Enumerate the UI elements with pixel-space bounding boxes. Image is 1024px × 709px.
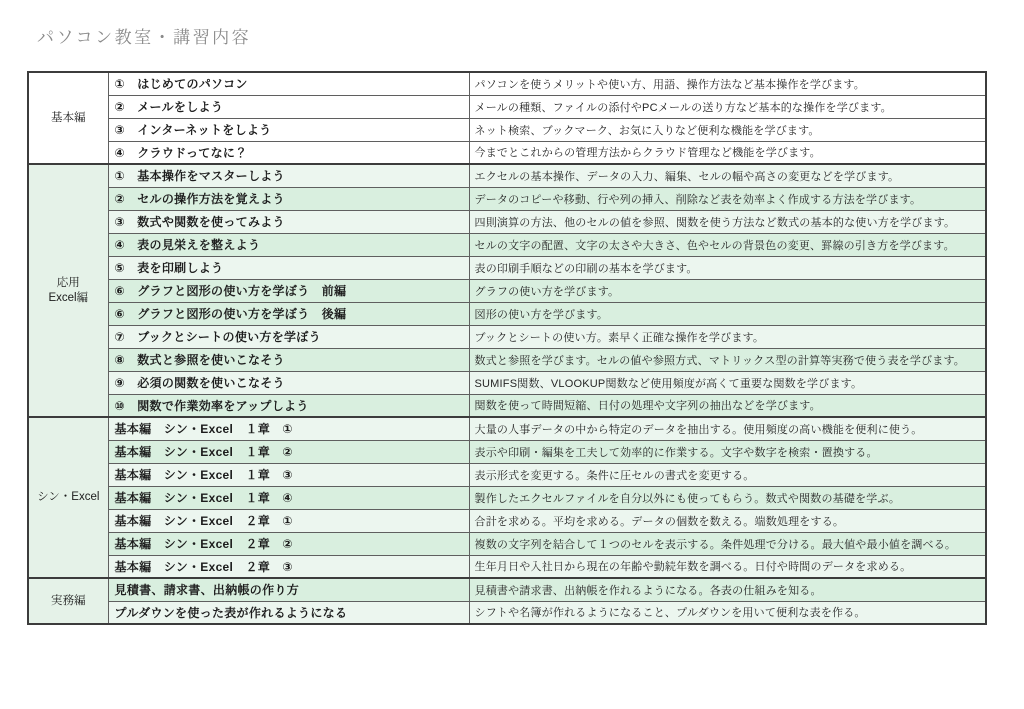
lesson-desc-cell: 関数を使って時間短縮、日付の処理や文字列の抽出などを学びます。 [469, 394, 986, 417]
lesson-title-cell: ③ インターネットをしよう [108, 118, 469, 141]
lesson-desc-cell: 製作したエクセルファイルを自分以外にも使ってもらう。数式や関数の基礎を学ぶ。 [469, 486, 986, 509]
lesson-title-cell: ① 基本操作をマスターしよう [108, 164, 469, 187]
lesson-title-cell: 見積書、請求書、出納帳の作り方 [108, 578, 469, 601]
lesson-desc-cell: 生年月日や入社日から現在の年齢や勤続年数を調べる。日付や時間のデータを求める。 [469, 555, 986, 578]
lesson-desc-cell: セルの文字の配置、文字の太さや大きさ、色やセルの背景色の変更、罫線の引き方を学び… [469, 233, 986, 256]
table-row: 基本編 シン・Excel ２章 ③生年月日や入社日から現在の年齢や勤続年数を調べ… [28, 555, 986, 578]
lesson-desc-cell: 数式と参照を学びます。セルの値や参照方式、マトリックス型の計算等実務で使う表を学… [469, 348, 986, 371]
table-row: ③ インターネットをしようネット検索、ブックマーク、お気に入りなど便利な機能を学… [28, 118, 986, 141]
lesson-title-cell: 基本編 シン・Excel ２章 ① [108, 509, 469, 532]
lesson-desc-cell: ネット検索、ブックマーク、お気に入りなど便利な機能を学びます。 [469, 118, 986, 141]
lesson-title-cell: ⑥ グラフと図形の使い方を学ぼう 後編 [108, 302, 469, 325]
lesson-desc-cell: シフトや名簿が作れるようになること、プルダウンを用いて便利な表を作る。 [469, 601, 986, 624]
lesson-desc-cell: グラフの使い方を学びます。 [469, 279, 986, 302]
table-row: ④ クラウドってなに？今までとこれからの管理方法からクラウド管理など機能を学びま… [28, 141, 986, 164]
page-title: パソコン教室・講習内容 [37, 23, 251, 48]
table-row: 基本編 シン・Excel １章 ③表示形式を変更する。条件に圧セルの書式を変更す… [28, 463, 986, 486]
lesson-desc-cell: 表の印刷手順などの印刷の基本を学びます。 [469, 256, 986, 279]
lesson-title-cell: ⑨ 必須の関数を使いこなそう [108, 371, 469, 394]
table-row: ③ 数式や関数を使ってみよう四則演算の方法、他のセルの値を参照、関数を使う方法な… [28, 210, 986, 233]
lesson-title-cell: プルダウンを使った表が作れるようになる [108, 601, 469, 624]
lesson-desc-cell: パソコンを使うメリットや使い方、用語、操作方法など基本操作を学びます。 [469, 72, 986, 95]
table-row: 基本編 シン・Excel １章 ②表示や印刷・編集を工夫して効率的に作業する。文… [28, 440, 986, 463]
lesson-title-cell: ② メールをしよう [108, 95, 469, 118]
lesson-title-cell: 基本編 シン・Excel １章 ④ [108, 486, 469, 509]
table-row: 基本編 シン・Excel ２章 ②複数の文字列を結合して１つのセルを表示する。条… [28, 532, 986, 555]
table-row: 基本編① はじめてのパソコンパソコンを使うメリットや使い方、用語、操作方法など基… [28, 72, 986, 95]
lesson-desc-cell: 今までとこれからの管理方法からクラウド管理など機能を学びます。 [469, 141, 986, 164]
lesson-desc-cell: 四則演算の方法、他のセルの値を参照、関数を使う方法など数式の基本的な使い方を学び… [469, 210, 986, 233]
table-row: プルダウンを使った表が作れるようになるシフトや名簿が作れるようになること、プルダ… [28, 601, 986, 624]
course-table-body: 基本編① はじめてのパソコンパソコンを使うメリットや使い方、用語、操作方法など基… [28, 72, 986, 624]
lesson-desc-cell: メールの種類、ファイルの添付やPCメールの送り方など基本的な操作を学びます。 [469, 95, 986, 118]
table-row: ⑦ ブックとシートの使い方を学ぼうブックとシートの使い方。素早く正確な操作を学び… [28, 325, 986, 348]
table-row: ④ 表の見栄えを整えようセルの文字の配置、文字の太さや大きさ、色やセルの背景色の… [28, 233, 986, 256]
lesson-title-cell: ⑤ 表を印刷しよう [108, 256, 469, 279]
table-row: ⑧ 数式と参照を使いこなそう数式と参照を学びます。セルの値や参照方式、マトリック… [28, 348, 986, 371]
lesson-title-cell: ④ クラウドってなに？ [108, 141, 469, 164]
lesson-title-cell: ③ 数式や関数を使ってみよう [108, 210, 469, 233]
table-row: シン・Excel基本編 シン・Excel １章 ①大量の人事データの中から特定の… [28, 417, 986, 440]
table-row: ② メールをしようメールの種類、ファイルの添付やPCメールの送り方など基本的な操… [28, 95, 986, 118]
lesson-title-cell: ② セルの操作方法を覚えよう [108, 187, 469, 210]
lesson-title-cell: 基本編 シン・Excel １章 ② [108, 440, 469, 463]
section-label-cell: シン・Excel [28, 417, 108, 578]
lesson-desc-cell: 見積書や請求書、出納帳を作れるようになる。各表の仕組みを知る。 [469, 578, 986, 601]
lesson-title-cell: 基本編 シン・Excel １章 ① [108, 417, 469, 440]
table-row: ⑥ グラフと図形の使い方を学ぼう 後編図形の使い方を学びます。 [28, 302, 986, 325]
lesson-desc-cell: 表示や印刷・編集を工夫して効率的に作業する。文字や数字を検索・置換する。 [469, 440, 986, 463]
lesson-title-cell: 基本編 シン・Excel １章 ③ [108, 463, 469, 486]
lesson-desc-cell: 大量の人事データの中から特定のデータを抽出する。使用頻度の高い機能を便利に使う。 [469, 417, 986, 440]
lesson-title-cell: 基本編 シン・Excel ２章 ② [108, 532, 469, 555]
section-label-cell: 基本編 [28, 72, 108, 164]
table-row: ⑨ 必須の関数を使いこなそうSUMIFS関数、VLOOKUP関数など使用頻度が高… [28, 371, 986, 394]
table-row: 基本編 シン・Excel ２章 ①合計を求める。平均を求める。データの個数を数え… [28, 509, 986, 532]
lesson-title-cell: ⑥ グラフと図形の使い方を学ぼう 前編 [108, 279, 469, 302]
lesson-desc-cell: エクセルの基本操作、データの入力、編集、セルの幅や高さの変更などを学びます。 [469, 164, 986, 187]
table-row: 実務編見積書、請求書、出納帳の作り方見積書や請求書、出納帳を作れるようになる。各… [28, 578, 986, 601]
lesson-title-cell: ① はじめてのパソコン [108, 72, 469, 95]
table-row: ⑥ グラフと図形の使い方を学ぼう 前編グラフの使い方を学びます。 [28, 279, 986, 302]
table-row: ② セルの操作方法を覚えようデータのコピーや移動、行や列の挿入、削除など表を効率… [28, 187, 986, 210]
course-table: 基本編① はじめてのパソコンパソコンを使うメリットや使い方、用語、操作方法など基… [27, 71, 987, 625]
table-row: 応用 Excel編① 基本操作をマスターしようエクセルの基本操作、データの入力、… [28, 164, 986, 187]
table-row: 基本編 シン・Excel １章 ④製作したエクセルファイルを自分以外にも使っても… [28, 486, 986, 509]
table-row: ⑩ 関数で作業効率をアップしよう関数を使って時間短縮、日付の処理や文字列の抽出な… [28, 394, 986, 417]
section-label-cell: 応用 Excel編 [28, 164, 108, 417]
lesson-title-cell: ⑩ 関数で作業効率をアップしよう [108, 394, 469, 417]
lesson-desc-cell: 図形の使い方を学びます。 [469, 302, 986, 325]
lesson-title-cell: ⑧ 数式と参照を使いこなそう [108, 348, 469, 371]
section-label-cell: 実務編 [28, 578, 108, 624]
lesson-desc-cell: 合計を求める。平均を求める。データの個数を数える。端数処理をする。 [469, 509, 986, 532]
lesson-desc-cell: 表示形式を変更する。条件に圧セルの書式を変更する。 [469, 463, 986, 486]
lesson-desc-cell: データのコピーや移動、行や列の挿入、削除など表を効率よく作成する方法を学びます。 [469, 187, 986, 210]
lesson-title-cell: ⑦ ブックとシートの使い方を学ぼう [108, 325, 469, 348]
lesson-desc-cell: 複数の文字列を結合して１つのセルを表示する。条件処理で分ける。最大値や最小値を調… [469, 532, 986, 555]
table-row: ⑤ 表を印刷しよう表の印刷手順などの印刷の基本を学びます。 [28, 256, 986, 279]
lesson-title-cell: ④ 表の見栄えを整えよう [108, 233, 469, 256]
lesson-desc-cell: ブックとシートの使い方。素早く正確な操作を学びます。 [469, 325, 986, 348]
lesson-title-cell: 基本編 シン・Excel ２章 ③ [108, 555, 469, 578]
lesson-desc-cell: SUMIFS関数、VLOOKUP関数など使用頻度が高くて重要な関数を学びます。 [469, 371, 986, 394]
